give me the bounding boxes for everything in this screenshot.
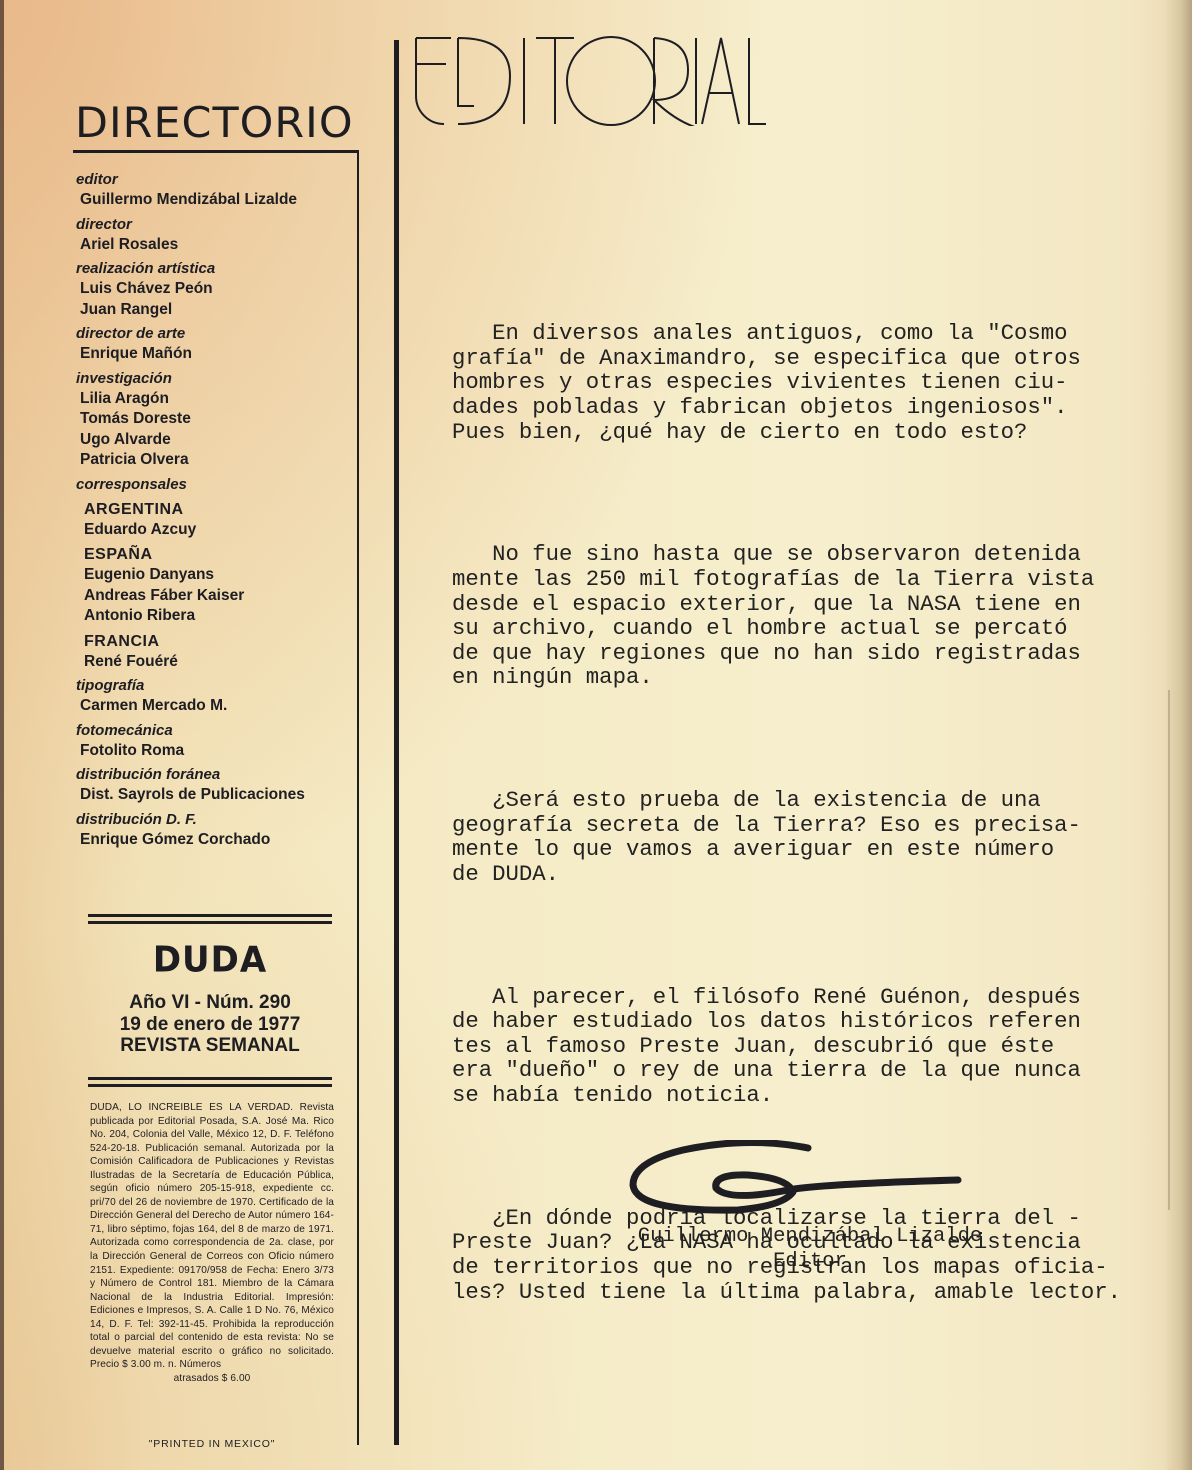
staff-name: Dist. Sayrols de Publicaciones [76, 785, 356, 806]
staff-name: Andreas Fáber Kaiser [76, 586, 356, 607]
issue-date: 19 de enero de 1977 [88, 1014, 332, 1036]
role-label: editor [76, 170, 356, 190]
staff-group: director de arteEnrique Mañón [76, 324, 356, 365]
staff-name: Lilia Aragón [76, 389, 356, 410]
role-label: director de arte [76, 324, 356, 344]
staff-name: Enrique Gómez Corchado [76, 830, 356, 851]
staff-name: Fotolito Roma [76, 741, 356, 762]
role-label: fotomecánica [76, 721, 356, 741]
staff-name: Carmen Mercado M. [76, 696, 356, 717]
editorial-paragraph: No fue sino hasta que se observaron dete… [452, 542, 1192, 690]
staff-name: Patricia Olvera [76, 450, 356, 471]
role-label: distribución D. F. [76, 810, 356, 830]
legal-notice: DUDA, LO INCREIBLE ES LA VERDAD. Revista… [90, 1101, 334, 1385]
column-divider-thin [357, 150, 359, 1445]
staff-group: investigaciónLilia AragónTomás DoresteUg… [76, 369, 356, 471]
country-label: FRANCIA [76, 631, 356, 652]
staff-group: distribución foráneaDist. Sayrols de Pub… [76, 765, 356, 806]
role-label: realización artística [76, 259, 356, 279]
staff-name: Ariel Rosales [76, 235, 356, 256]
staff-name: Juan Rangel [76, 300, 356, 321]
editorial-paragraph: ¿Será esto prueba de la existencia de un… [452, 788, 1192, 886]
directory-title: DIRECTORIO [75, 98, 354, 147]
editorial-paragraph: En diversos anales antiguos, como la "Co… [452, 321, 1192, 444]
editorial-title [406, 26, 766, 126]
staff-name: Enrique Mañón [76, 344, 356, 365]
role-label: corresponsales [76, 475, 356, 495]
signature-name: Guillermo Mendizábal Lizalde [600, 1224, 1020, 1249]
editorial-paragraph: Al parecer, el filósofo René Guénon, des… [452, 985, 1192, 1108]
staff-name: René Fouéré [76, 652, 356, 673]
issue-info: Año VI - Núm. 290 19 de enero de 1977 RE… [88, 992, 332, 1057]
issue-frequency: REVISTA SEMANAL [88, 1035, 332, 1057]
country-label: ARGENTINA [76, 499, 356, 520]
signature [628, 1140, 968, 1220]
printed-in: "PRINTED IN MEXICO" [90, 1438, 334, 1450]
directory-rule [73, 150, 359, 153]
staff-group: directorAriel Rosales [76, 215, 356, 256]
staff-name: Guillermo Mendizábal Lizalde [76, 190, 356, 211]
role-label: investigación [76, 369, 356, 389]
page-edge [0, 0, 4, 1470]
masthead-rule-top [88, 914, 332, 928]
staff-group: distribución D. F.Enrique Gómez Corchado [76, 810, 356, 851]
staff-name: Eduardo Azcuy [76, 520, 356, 541]
column-divider-thick [394, 40, 399, 1445]
staff-name: Eugenio Danyans [76, 565, 356, 586]
staff-group: editorGuillermo Mendizábal Lizalde [76, 170, 356, 211]
role-label: tipografía [76, 676, 356, 696]
staff-group: realización artísticaLuis Chávez PeónJua… [76, 259, 356, 320]
issue-number: Año VI - Núm. 290 [88, 992, 332, 1014]
staff-name: Tomás Doreste [76, 409, 356, 430]
masthead-rule-bottom [88, 1077, 332, 1091]
role-label: distribución foránea [76, 765, 356, 785]
staff-list: editorGuillermo Mendizábal Lizaldedirect… [76, 170, 356, 854]
staff-group: ESPAÑAEugenio DanyansAndreas Fáber Kaise… [76, 544, 356, 627]
legal-text: DUDA, LO INCREIBLE ES LA VERDAD. Revista… [90, 1102, 334, 1370]
role-label: director [76, 215, 356, 235]
staff-name: Luis Chávez Peón [76, 279, 356, 300]
staff-name: Antonio Ribera [76, 606, 356, 627]
staff-group: tipografíaCarmen Mercado M. [76, 676, 356, 717]
staff-group: FRANCIARené Fouéré [76, 631, 356, 673]
staff-group: ARGENTINAEduardo Azcuy [76, 499, 356, 541]
staff-name: Ugo Alvarde [76, 430, 356, 451]
country-label: ESPAÑA [76, 544, 356, 565]
signature-block: Guillermo Mendizábal Lizalde Editor [600, 1224, 1020, 1274]
duda-logo: DUDA [88, 939, 332, 981]
back-issues-price: atrasados $ 6.00 [90, 1372, 334, 1386]
signature-title: Editor [600, 1249, 1020, 1274]
staff-group: fotomecánicaFotolito Roma [76, 721, 356, 762]
